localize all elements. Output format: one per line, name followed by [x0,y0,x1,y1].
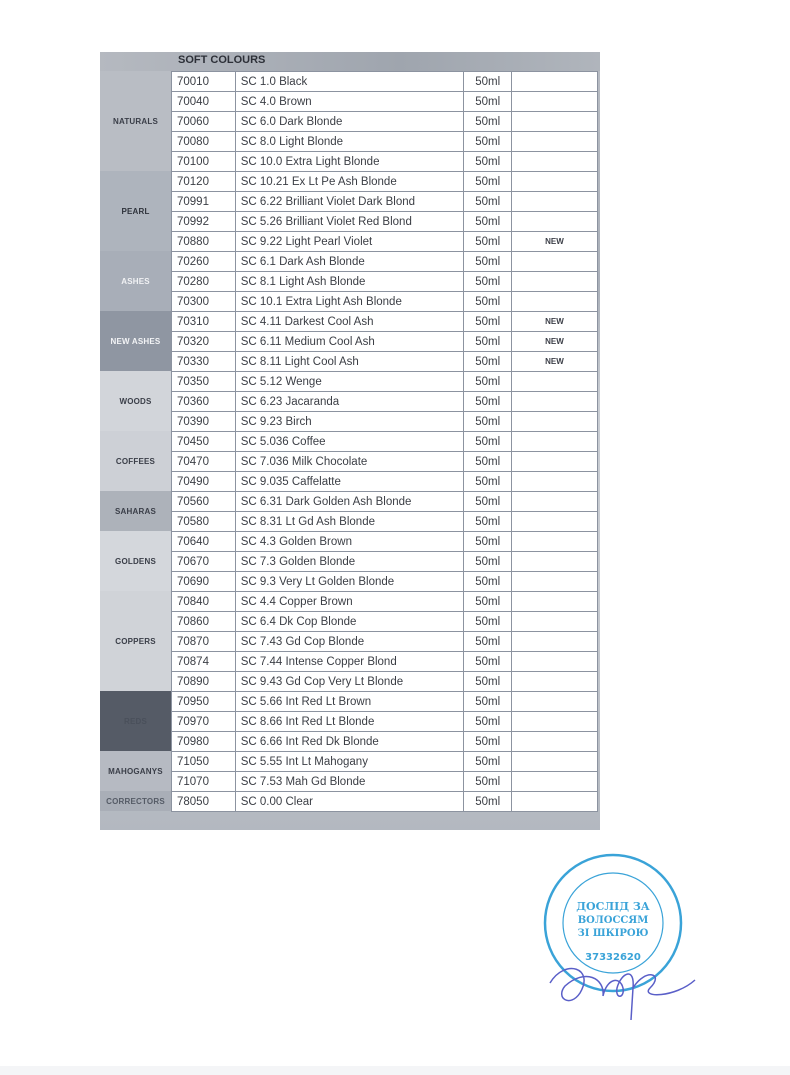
table-row: 78050SC 0.00 Clear50ml [172,792,598,812]
product-code: 70060 [172,112,236,132]
new-badge [511,712,597,732]
new-badge [511,532,597,552]
category-new-ashes: NEW ASHES [100,311,171,371]
new-badge: NEW [511,352,597,372]
product-size: 50ml [464,632,512,652]
official-stamp: ДОСЛІД ЗА ВОЛОССЯМ ЗІ ШКІРОЮ 37332620 [535,848,705,1028]
product-code: 71070 [172,772,236,792]
product-name: SC 9.035 Caffelatte [235,472,464,492]
product-size: 50ml [464,612,512,632]
new-badge [511,372,597,392]
category-label: NEW ASHES [111,337,161,346]
category-woods: WOODS [100,371,171,431]
table-row: 70310SC 4.11 Darkest Cool Ash50mlNEW [172,312,598,332]
table-row: 70470SC 7.036 Milk Chocolate50ml [172,452,598,472]
new-badge [511,252,597,272]
product-size: 50ml [464,552,512,572]
new-badge [511,272,597,292]
product-name: SC 8.31 Lt Gd Ash Blonde [235,512,464,532]
new-badge [511,632,597,652]
product-size: 50ml [464,652,512,672]
new-badge [511,132,597,152]
product-code: 70010 [172,72,236,92]
table-row: 70040SC 4.0 Brown50ml [172,92,598,112]
product-code: 70860 [172,612,236,632]
product-name: SC 5.036 Coffee [235,432,464,452]
product-size: 50ml [464,112,512,132]
category-label: MAHOGANYS [108,767,163,776]
product-name: SC 10.21 Ex Lt Pe Ash Blonde [235,172,464,192]
table-row: 70980SC 6.66 Int Red Dk Blonde50ml [172,732,598,752]
product-code: 70880 [172,232,236,252]
category-goldens: GOLDENS [100,531,171,591]
category-reds: REDS [100,691,171,751]
product-name: SC 4.0 Brown [235,92,464,112]
category-saharas: SAHARAS [100,491,171,531]
table-row: 70991SC 6.22 Brilliant Violet Dark Blond… [172,192,598,212]
product-size: 50ml [464,372,512,392]
product-name: SC 10.1 Extra Light Ash Blonde [235,292,464,312]
table-row: 70560SC 6.31 Dark Golden Ash Blonde50ml [172,492,598,512]
product-name: SC 7.44 Intense Copper Blond [235,652,464,672]
product-size: 50ml [464,472,512,492]
product-name: SC 4.3 Golden Brown [235,532,464,552]
product-code: 70970 [172,712,236,732]
product-size: 50ml [464,392,512,412]
category-label: COPPERS [115,637,156,646]
category-ashes: ASHES [100,251,171,311]
product-code: 70350 [172,372,236,392]
new-badge: NEW [511,312,597,332]
product-name: SC 8.66 Int Red Lt Blonde [235,712,464,732]
product-code: 70640 [172,532,236,552]
new-badge [511,752,597,772]
table-row: 70880SC 9.22 Light Pearl Violet50mlNEW [172,232,598,252]
new-badge [511,572,597,592]
product-size: 50ml [464,592,512,612]
product-code: 70980 [172,732,236,752]
category-label: REDS [124,717,147,726]
svg-text:37332620: 37332620 [585,952,641,963]
new-badge [511,112,597,132]
product-size: 50ml [464,732,512,752]
product-size: 50ml [464,572,512,592]
product-size: 50ml [464,712,512,732]
product-name: SC 9.22 Light Pearl Violet [235,232,464,252]
product-code: 70320 [172,332,236,352]
product-size: 50ml [464,412,512,432]
product-name: SC 4.11 Darkest Cool Ash [235,312,464,332]
product-name: SC 6.23 Jacaranda [235,392,464,412]
product-code: 70890 [172,672,236,692]
category-mahoganys: MAHOGANYS [100,751,171,791]
product-code: 70870 [172,632,236,652]
new-badge [511,552,597,572]
table-row: 70950SC 5.66 Int Red Lt Brown50ml [172,692,598,712]
product-name: SC 4.4 Copper Brown [235,592,464,612]
table-row: 70390SC 9.23 Birch50ml [172,412,598,432]
product-name: SC 6.4 Dk Cop Blonde [235,612,464,632]
product-size: 50ml [464,512,512,532]
new-badge [511,152,597,172]
product-name: SC 7.3 Golden Blonde [235,552,464,572]
new-badge [511,452,597,472]
category-label: COFFEES [116,457,155,466]
table-row: 71050SC 5.55 Int Lt Mahogany50ml [172,752,598,772]
product-size: 50ml [464,692,512,712]
svg-text:ДОСЛІД ЗА: ДОСЛІД ЗА [576,900,650,913]
product-size: 50ml [464,352,512,372]
table-row: 70640SC 4.3 Golden Brown50ml [172,532,598,552]
new-badge [511,612,597,632]
new-badge [511,292,597,312]
product-code: 70670 [172,552,236,572]
product-name: SC 1.0 Black [235,72,464,92]
product-size: 50ml [464,672,512,692]
table-row: 70890SC 9.43 Gd Cop Very Lt Blonde50ml [172,672,598,692]
new-badge [511,92,597,112]
product-name: SC 5.55 Int Lt Mahogany [235,752,464,772]
table-row: 70450SC 5.036 Coffee50ml [172,432,598,452]
table-row: 70490SC 9.035 Caffelatte50ml [172,472,598,492]
product-name: SC 7.43 Gd Cop Blonde [235,632,464,652]
product-code: 70580 [172,512,236,532]
product-code: 70040 [172,92,236,112]
product-code: 70560 [172,492,236,512]
new-badge [511,192,597,212]
new-badge [511,412,597,432]
product-size: 50ml [464,172,512,192]
product-size: 50ml [464,212,512,232]
product-size: 50ml [464,792,512,812]
table-row: 70360SC 6.23 Jacaranda50ml [172,392,598,412]
table-row: 70330SC 8.11 Light Cool Ash50mlNEW [172,352,598,372]
new-badge [511,792,597,812]
new-badge [511,172,597,192]
category-naturals: NATURALS [100,71,171,171]
product-name: SC 8.11 Light Cool Ash [235,352,464,372]
product-code: 70260 [172,252,236,272]
category-label: SAHARAS [115,507,156,516]
table-row: 70840SC 4.4 Copper Brown50ml [172,592,598,612]
product-code: 78050 [172,792,236,812]
table-row: 70870SC 7.43 Gd Cop Blonde50ml [172,632,598,652]
product-size: 50ml [464,492,512,512]
product-code: 70840 [172,592,236,612]
table-row: 70350SC 5.12 Wenge50ml [172,372,598,392]
product-name: SC 10.0 Extra Light Blonde [235,152,464,172]
table-row: 70690SC 9.3 Very Lt Golden Blonde50ml [172,572,598,592]
table-row: 70580SC 8.31 Lt Gd Ash Blonde50ml [172,512,598,532]
product-name: SC 5.66 Int Red Lt Brown [235,692,464,712]
category-label: NATURALS [113,117,158,126]
product-code: 70310 [172,312,236,332]
table-row: 70970SC 8.66 Int Red Lt Blonde50ml [172,712,598,732]
product-name: SC 6.22 Brilliant Violet Dark Blond [235,192,464,212]
product-size: 50ml [464,92,512,112]
product-name: SC 5.26 Brilliant Violet Red Blond [235,212,464,232]
table-row: 70060SC 6.0 Dark Blonde50ml [172,112,598,132]
svg-text:ВОЛОССЯМ: ВОЛОССЯМ [578,915,649,926]
new-badge [511,432,597,452]
product-name: SC 9.43 Gd Cop Very Lt Blonde [235,672,464,692]
table-row: 70100SC 10.0 Extra Light Blonde50ml [172,152,598,172]
product-name: SC 6.11 Medium Cool Ash [235,332,464,352]
product-code: 70300 [172,292,236,312]
new-badge [511,772,597,792]
product-size: 50ml [464,772,512,792]
product-code: 70992 [172,212,236,232]
section-title: SOFT COLOURS [178,54,265,66]
product-name: SC 8.0 Light Blonde [235,132,464,152]
table-row: 70874SC 7.44 Intense Copper Blond50ml [172,652,598,672]
product-size: 50ml [464,312,512,332]
product-size: 50ml [464,532,512,552]
category-label: WOODS [119,397,151,406]
table-row: 71070SC 7.53 Mah Gd Blonde50ml [172,772,598,792]
product-name: SC 8.1 Light Ash Blonde [235,272,464,292]
new-badge [511,72,597,92]
table-row: 70860SC 6.4 Dk Cop Blonde50ml [172,612,598,632]
product-size: 50ml [464,192,512,212]
product-code: 70690 [172,572,236,592]
product-code: 70330 [172,352,236,372]
page-bottom-edge [0,1066,790,1075]
product-code: 70470 [172,452,236,472]
category-pearl: PEARL [100,171,171,251]
product-code: 70120 [172,172,236,192]
product-name: SC 9.23 Birch [235,412,464,432]
new-badge [511,492,597,512]
table-row: 70120SC 10.21 Ex Lt Pe Ash Blonde50ml [172,172,598,192]
category-label: ASHES [121,277,150,286]
product-code: 70390 [172,412,236,432]
new-badge [511,212,597,232]
category-coffees: COFFEES [100,431,171,491]
product-code: 70450 [172,432,236,452]
product-size: 50ml [464,292,512,312]
table-row: 70320SC 6.11 Medium Cool Ash50mlNEW [172,332,598,352]
table-row: 70080SC 8.0 Light Blonde50ml [172,132,598,152]
new-badge [511,672,597,692]
new-badge [511,692,597,712]
table-row: 70670SC 7.3 Golden Blonde50ml [172,552,598,572]
product-code: 70991 [172,192,236,212]
category-label: PEARL [121,207,149,216]
new-badge [511,512,597,532]
product-table: 70010SC 1.0 Black50ml70040SC 4.0 Brown50… [171,71,598,812]
product-name: SC 5.12 Wenge [235,372,464,392]
product-size: 50ml [464,752,512,772]
product-name: SC 6.66 Int Red Dk Blonde [235,732,464,752]
new-badge [511,472,597,492]
new-badge [511,592,597,612]
product-code: 70080 [172,132,236,152]
product-name: SC 9.3 Very Lt Golden Blonde [235,572,464,592]
table-row: 70280SC 8.1 Light Ash Blonde50ml [172,272,598,292]
product-code: 70874 [172,652,236,672]
category-coppers: COPPERS [100,591,171,691]
new-badge: NEW [511,232,597,252]
product-size: 50ml [464,272,512,292]
product-size: 50ml [464,432,512,452]
product-size: 50ml [464,252,512,272]
new-badge: NEW [511,332,597,352]
category-correctors: CORRECTORS [100,791,171,811]
product-size: 50ml [464,232,512,252]
product-code: 70490 [172,472,236,492]
product-size: 50ml [464,452,512,472]
product-code: 70360 [172,392,236,412]
product-name: SC 0.00 Clear [235,792,464,812]
product-name: SC 6.0 Dark Blonde [235,112,464,132]
product-code: 71050 [172,752,236,772]
category-label: GOLDENS [115,557,156,566]
product-name: SC 6.31 Dark Golden Ash Blonde [235,492,464,512]
new-badge [511,732,597,752]
product-code: 70280 [172,272,236,292]
new-badge [511,392,597,412]
table-row: 70992SC 5.26 Brilliant Violet Red Blond5… [172,212,598,232]
product-name: SC 7.036 Milk Chocolate [235,452,464,472]
product-size: 50ml [464,152,512,172]
product-size: 50ml [464,72,512,92]
section-header-band [100,52,600,71]
product-size: 50ml [464,332,512,352]
category-label: CORRECTORS [106,797,165,806]
table-row: 70010SC 1.0 Black50ml [172,72,598,92]
new-badge [511,652,597,672]
product-code: 70100 [172,152,236,172]
table-row: 70260SC 6.1 Dark Ash Blonde50ml [172,252,598,272]
table-row: 70300SC 10.1 Extra Light Ash Blonde50ml [172,292,598,312]
svg-text:ЗІ ШКІРОЮ: ЗІ ШКІРОЮ [578,928,649,939]
product-size: 50ml [464,132,512,152]
product-code: 70950 [172,692,236,712]
product-name: SC 7.53 Mah Gd Blonde [235,772,464,792]
product-name: SC 6.1 Dark Ash Blonde [235,252,464,272]
